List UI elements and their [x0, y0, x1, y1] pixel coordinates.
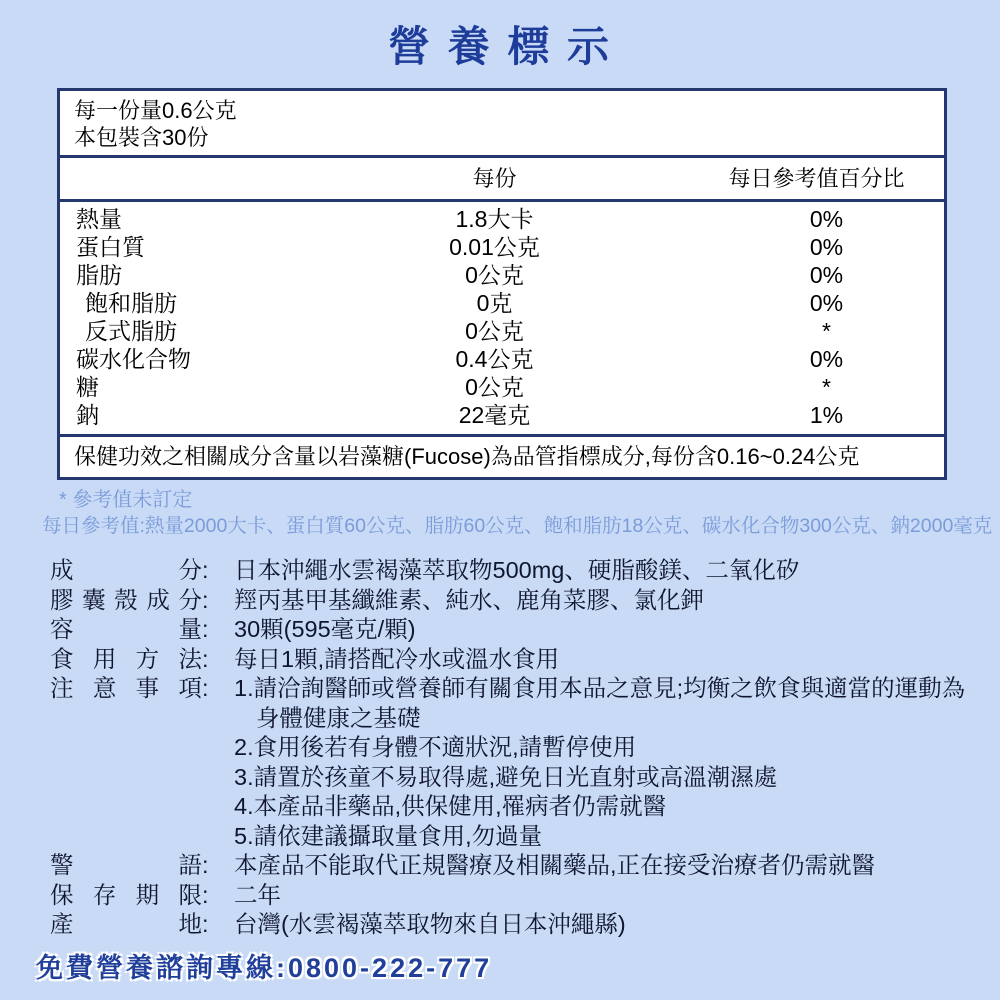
- header-spacer: [70, 165, 290, 192]
- info-colon: :: [202, 674, 226, 704]
- table-row-sodium: 鈉 22毫克 1%: [60, 401, 944, 429]
- table-row-carbohydrate: 碳水化合物 0.4公克 0%: [60, 345, 944, 373]
- info-label: 注意事項: [50, 674, 202, 704]
- row-value: 22毫克: [280, 401, 709, 429]
- row-label: 鈉: [60, 401, 280, 429]
- product-info: 成分 : 日本沖繩水雲褐藻萃取物500mg、硬脂酸鎂、二氧化矽 膠囊殼成分 : …: [50, 556, 975, 940]
- table-row-fat: 脂肪 0公克 0%: [60, 261, 944, 289]
- info-row-shelf-life: 保存期限 : 二年: [50, 881, 975, 911]
- health-claim-footnote: 保健功效之相關成分含量以岩藻糖(Fucose)為品管指標成分,每份含0.16~0…: [60, 434, 944, 477]
- reference-notes: * 參考值未訂定 每日參考值:熱量2000大卡、蛋白質60公克、脂肪60公克、飽…: [42, 489, 982, 538]
- info-colon: :: [202, 881, 226, 911]
- precaution-item: 4.本產品非藥品,供保健用,罹病者仍需就醫: [234, 792, 975, 822]
- info-label: 膠囊殼成分: [50, 586, 202, 616]
- info-label: 食用方法: [50, 645, 202, 675]
- serving-info: 每一份量0.6公克 本包裝含30份: [60, 91, 944, 158]
- info-label: 成分: [50, 556, 202, 586]
- table-row-sugar: 糖 0公克 *: [60, 373, 944, 401]
- info-row-capsule-shell: 膠囊殼成分 : 羥丙基甲基纖維素、純水、鹿角菜膠、氯化鉀: [50, 586, 975, 616]
- row-daily-value: 1%: [709, 401, 944, 429]
- nutrition-table: 每一份量0.6公克 本包裝含30份 每份 每日參考值百分比 熱量 1.8大卡 0…: [57, 88, 947, 480]
- row-daily-value: *: [709, 373, 944, 401]
- info-row-origin: 產地 : 台灣(水雲褐藻萃取物來自日本沖繩縣): [50, 910, 975, 940]
- info-colon: :: [202, 910, 226, 940]
- info-value: 日本沖繩水雲褐藻萃取物500mg、硬脂酸鎂、二氧化矽: [234, 556, 975, 586]
- table-row-trans-fat: 反式脂肪 0公克 *: [60, 317, 944, 345]
- row-label: 蛋白質: [60, 233, 280, 261]
- table-header-row: 每份 每日參考值百分比: [60, 158, 944, 202]
- info-label: 保存期限: [50, 881, 202, 911]
- row-daily-value: 0%: [709, 289, 944, 317]
- daily-value-header: 每日參考值百分比: [699, 165, 934, 192]
- daily-reference-note: 每日參考值:熱量2000大卡、蛋白質60公克、脂肪60公克、飽和脂肪18公克、碳…: [42, 515, 982, 538]
- info-label: 產地: [50, 910, 202, 940]
- row-value: 0.01公克: [280, 233, 709, 261]
- info-value: 本產品不能取代正規醫療及相關藥品,正在接受治療者仍需就醫: [234, 851, 975, 881]
- row-value: 1.8大卡: [280, 205, 709, 233]
- row-label: 碳水化合物: [60, 345, 280, 373]
- row-value: 0.4公克: [280, 345, 709, 373]
- info-value: 台灣(水雲褐藻萃取物來自日本沖繩縣): [234, 910, 975, 940]
- info-row-warning: 警語 : 本產品不能取代正規醫療及相關藥品,正在接受治療者仍需就醫: [50, 851, 975, 881]
- info-value: 每日1顆,請搭配冷水或溫水食用: [234, 645, 975, 675]
- info-colon: :: [202, 556, 226, 586]
- row-label: 反式脂肪: [60, 317, 280, 345]
- precautions-list: 1.請洽詢醫師或營養師有關食用本品之意見;均衡之飲食與適當的運動為身體健康之基礎…: [234, 674, 975, 851]
- row-value: 0克: [280, 289, 709, 317]
- row-daily-value: 0%: [709, 233, 944, 261]
- nutrition-hotline: 免費營養諮詢專線:0800-222-777: [36, 946, 492, 985]
- info-colon: :: [202, 615, 226, 645]
- row-label: 糖: [60, 373, 280, 401]
- row-label: 熱量: [60, 205, 280, 233]
- table-row-calories: 熱量 1.8大卡 0%: [60, 205, 944, 233]
- info-row-content-amount: 容量 : 30顆(595毫克/顆): [50, 615, 975, 645]
- info-label: 警語: [50, 851, 202, 881]
- row-label: 脂肪: [60, 261, 280, 289]
- precaution-item: 2.食用後若有身體不適狀況,請暫停使用: [234, 733, 975, 763]
- row-daily-value: 0%: [709, 205, 944, 233]
- row-daily-value: 0%: [709, 261, 944, 289]
- row-value: 0公克: [280, 373, 709, 401]
- info-value: 二年: [234, 881, 975, 911]
- info-value: 羥丙基甲基纖維素、純水、鹿角菜膠、氯化鉀: [234, 586, 975, 616]
- per-serving-header: 每份: [290, 165, 699, 192]
- row-daily-value: 0%: [709, 345, 944, 373]
- info-label: 容量: [50, 615, 202, 645]
- precaution-item: 1.請洽詢醫師或營養師有關食用本品之意見;均衡之飲食與適當的運動為身體健康之基礎: [234, 674, 975, 733]
- precaution-item: 5.請依建議攝取量食用,勿過量: [234, 822, 975, 852]
- row-label: 飽和脂肪: [60, 289, 280, 317]
- table-row-protein: 蛋白質 0.01公克 0%: [60, 233, 944, 261]
- row-value: 0公克: [280, 261, 709, 289]
- table-body: 熱量 1.8大卡 0% 蛋白質 0.01公克 0% 脂肪 0公克 0% 飽和脂肪…: [60, 202, 944, 434]
- row-value: 0公克: [280, 317, 709, 345]
- info-row-usage: 食用方法 : 每日1顆,請搭配冷水或溫水食用: [50, 645, 975, 675]
- table-row-saturated-fat: 飽和脂肪 0克 0%: [60, 289, 944, 317]
- info-colon: :: [202, 586, 226, 616]
- info-row-ingredients: 成分 : 日本沖繩水雲褐藻萃取物500mg、硬脂酸鎂、二氧化矽: [50, 556, 975, 586]
- info-value: 30顆(595毫克/顆): [234, 615, 975, 645]
- info-colon: :: [202, 645, 226, 675]
- nutrition-label-page: 營 養 標 示 每一份量0.6公克 本包裝含30份 每份 每日參考值百分比 熱量…: [0, 0, 1000, 1000]
- serving-size: 每一份量0.6公克: [74, 97, 930, 124]
- info-colon: :: [202, 851, 226, 881]
- info-row-precautions: 注意事項 : 1.請洽詢醫師或營養師有關食用本品之意見;均衡之飲食與適當的運動為…: [50, 674, 975, 851]
- asterisk-note: * 參考值未訂定: [42, 489, 982, 512]
- page-title: 營 養 標 示: [0, 14, 1000, 74]
- servings-per-pack: 本包裝含30份: [74, 124, 930, 151]
- precaution-item: 3.請置於孩童不易取得處,避免日光直射或高溫潮濕處: [234, 763, 975, 793]
- row-daily-value: *: [709, 317, 944, 345]
